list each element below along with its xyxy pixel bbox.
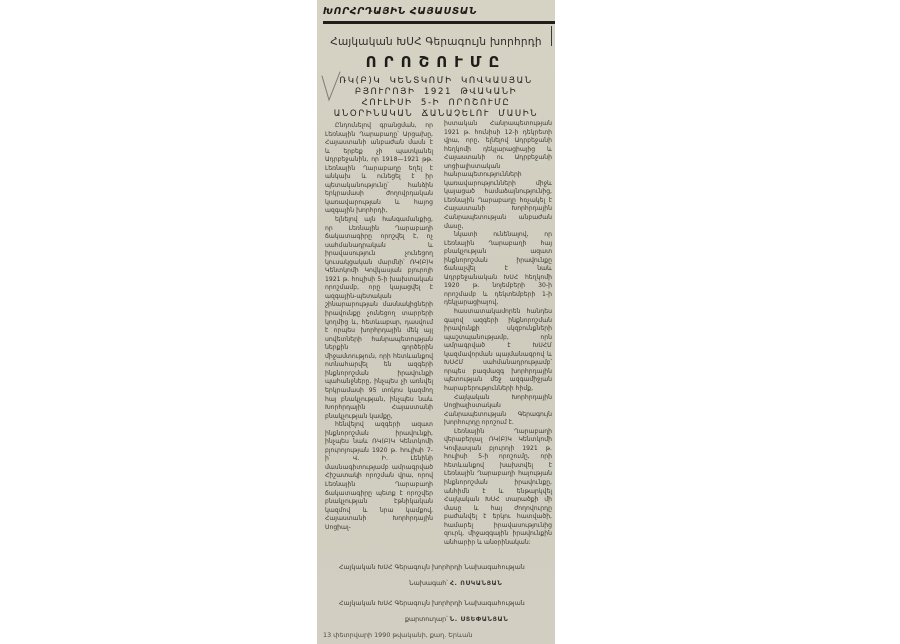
signature-role-name: քարտուղար՝ Ն. ՍՏԵՓԱՆՅԱՆ	[405, 616, 508, 623]
subtitle-line: ՌԿ(Բ)Կ ԿԵՆՏԿՈՄԻ ԿՈՎԿԱՍՅԱՆ	[317, 76, 555, 87]
subtitle-line: ԱՆՕՐԻՆԱԿԱՆ ՃԱՆԱՉԵԼՈՒ ՄԱՍԻՆ	[317, 109, 555, 120]
masthead-rule	[323, 21, 555, 24]
paragraph: նկատի ունենալով, որ Լեռնային Ղարաբաղի հա…	[444, 231, 552, 308]
subtitle-line: ԲՅՈՒՐՈՅԻ 1921 ԹՎԱԿԱՆԻ	[317, 87, 555, 98]
paragraph: հենվելով ազգերի ազատ ինքնորոշման իրավուն…	[325, 421, 433, 532]
left-column: Ընդունելով գրանցման, որ Լեռնային Ղարաբաղ…	[325, 122, 433, 532]
signature-office: Հայկական ԽՍՀ Գերագույն խորհրդի Նախագահու…	[339, 564, 525, 571]
paragraph: Լեռնային Ղարաբաղի վերաբերյալ ՌԿ(Բ)Կ Կենտ…	[444, 428, 552, 548]
paragraph: Հայկական Խորհրդային Սոցիալիստական Հանրապ…	[444, 394, 552, 428]
paragraph: հաստատակամորեն հանդես գալով ազգերի ինքնո…	[444, 308, 552, 393]
decree-subtitle: ՌԿ(Բ)Կ ԿԵՆՏԿՈՄԻ ԿՈՎԿԱՍՅԱՆ ԲՅՈՒՐՈՅԻ 1921 …	[317, 76, 555, 120]
paragraph: ելնելով այն հանգամանքից, որ Լեռնային Ղար…	[325, 216, 433, 421]
signature-office: Հայկական ԽՍՀ Գերագույն խորհրդի Նախագահու…	[339, 600, 525, 607]
masthead-title: ԽՈՐՀՐԴԱՅԻՆ ՀԱՅԱՍՏԱՆ	[323, 6, 477, 17]
subtitle-line: ՀՈՒԼԻՍԻ 5-Ի ՈՐՈՇՈՒՄԸ	[317, 98, 555, 109]
paragraph: իստական Հանրապետության 1921 թ. հունիսի 1…	[444, 120, 552, 231]
signature-name: Ն. ՍՏԵՓԱՆՅԱՆ	[450, 616, 509, 623]
signature-role: Նախագահ՝	[409, 580, 448, 587]
dateline: 13 փետրվարի 1990 թվականի, քաղ. Երևան	[323, 631, 472, 639]
decree-issuer: Հայկական ԽՍՀ Գերագույն խորհրդի	[317, 36, 555, 48]
right-column: իստական Հանրապետության 1921 թ. հունիսի 1…	[444, 120, 552, 547]
newspaper-clipping: ԽՈՐՀՐԴԱՅԻՆ ՀԱՅԱՍՏԱՆ Հայկական ԽՍՀ Գերագու…	[317, 0, 555, 644]
article-body: Ընդունելով գրանցման, որ Լեռնային Ղարաբաղ…	[325, 122, 553, 550]
paragraph: Ընդունելով գրանցման, որ Լեռնային Ղարաբաղ…	[325, 122, 433, 216]
signature-role: քարտուղար՝	[405, 616, 448, 623]
signature-name: Հ. ՈՍԿԱՆՅԱՆ	[450, 580, 503, 587]
signature-role-name: Նախագահ՝ Հ. ՈՍԿԱՆՅԱՆ	[409, 580, 502, 587]
decree-title: ՈՐՈՇՈՒՄԸ	[317, 53, 555, 71]
masthead: ԽՈՐՀՐԴԱՅԻՆ ՀԱՅԱՍՏԱՆ	[323, 6, 555, 22]
